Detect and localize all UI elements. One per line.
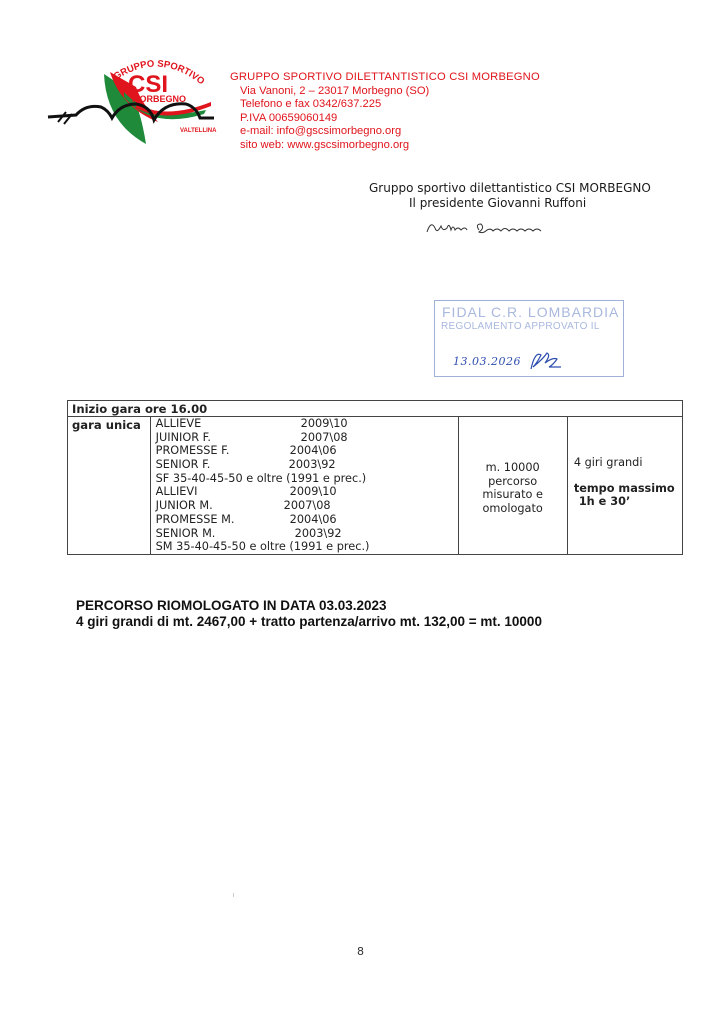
category-row: ALLIEVI2009\10: [156, 485, 458, 499]
csi-morbegno-logo-icon: GRUPPO SPORTIVO CSI MORBEGNO VALTELLINA: [46, 52, 236, 152]
category-row: SF 35-40-45-50 e oltre (1991 e prec.): [156, 472, 458, 486]
course-note: PERCORSO RIOMOLOGATO IN DATA 03.03.2023 …: [76, 598, 542, 629]
race-schedule-table: Inizio gara ore 16.00 gara unica ALLIEVE…: [67, 400, 683, 555]
max-time-value: 1h e 30’: [574, 495, 682, 509]
email: e-mail: info@gscsimorbegno.org: [230, 125, 540, 139]
club-name-line: Gruppo sportivo dilettantistico CSI MORB…: [369, 181, 651, 196]
category-row: JUNIOR M.2007\08: [156, 499, 458, 513]
letterhead: GRUPPO SPORTIVO DILETTANTISTICO CSI MORB…: [230, 71, 540, 153]
phone: Telefono e fax 0342/637.225: [230, 98, 540, 112]
svg-text:MORBEGNO: MORBEGNO: [132, 94, 186, 104]
category-row: PROMESSE M.2004\06: [156, 513, 458, 527]
course-distance-breakdown: 4 giri grandi di mt. 2467,00 + tratto pa…: [76, 614, 542, 630]
table-body-row: gara unica ALLIEVE2009\10 JUINIOR F.2007…: [68, 417, 683, 555]
distance-info: m. 10000 percorso misurato e omologato: [459, 455, 567, 515]
stamp-title: FIDAL C.R. LOMBARDIA: [442, 304, 619, 320]
stamp-subtitle: REGOLAMENTO APPROVATO IL: [441, 321, 600, 332]
category-row: ALLIEVE2009\10: [156, 417, 458, 431]
category-row: SM 35-40-45-50 e oltre (1991 e prec.): [156, 540, 458, 554]
category-list: ALLIEVE2009\10 JUINIOR F.2007\08 PROMESS…: [156, 417, 458, 554]
vat-number: P.IVA 00659060149: [230, 112, 540, 126]
svg-text:VALTELLINA: VALTELLINA: [180, 128, 217, 134]
max-time-label: tempo massimo: [574, 482, 682, 496]
club-logo: GRUPPO SPORTIVO CSI MORBEGNO VALTELLINA: [46, 52, 236, 152]
signature-icon: [425, 218, 555, 240]
category-row: JUINIOR F.2007\08: [156, 431, 458, 445]
president-signature: [425, 218, 555, 240]
race-type-cell: gara unica: [68, 417, 151, 555]
distance-cell: m. 10000 percorso misurato e omologato: [458, 417, 567, 555]
scan-speck: [233, 893, 234, 897]
start-time-header: Inizio gara ore 16.00: [68, 401, 683, 417]
stamp-initials-icon: [527, 349, 567, 371]
president-block: Gruppo sportivo dilettantistico CSI MORB…: [369, 181, 651, 211]
president-name-line: Il presidente Giovanni Ruffoni: [369, 196, 651, 211]
category-row: SENIOR F.2003\92: [156, 458, 458, 472]
website: sito web: www.gscsimorbegno.org: [230, 139, 540, 153]
table-header-row: Inizio gara ore 16.00: [68, 401, 683, 417]
category-row: SENIOR M.2003\92: [156, 527, 458, 541]
categories-cell: ALLIEVE2009\10 JUINIOR F.2007\08 PROMESS…: [150, 417, 458, 555]
laps-time-cell: 4 giri grandi tempo massimo 1h e 30’: [567, 417, 682, 555]
category-row: PROMESSE F.2004\06: [156, 444, 458, 458]
stamp-date: 13.03.2026: [453, 355, 521, 368]
address: Via Vanoni, 2 – 23017 Morbegno (SO): [230, 85, 540, 99]
organization-name: GRUPPO SPORTIVO DILETTANTISTICO CSI MORB…: [230, 71, 540, 85]
laps-count: 4 giri grandi: [574, 456, 682, 470]
page-number: 8: [357, 945, 364, 958]
approval-stamp: FIDAL C.R. LOMBARDIA REGOLAMENTO APPROVA…: [434, 300, 624, 377]
course-reapproval-date: PERCORSO RIOMOLOGATO IN DATA 03.03.2023: [76, 598, 542, 614]
